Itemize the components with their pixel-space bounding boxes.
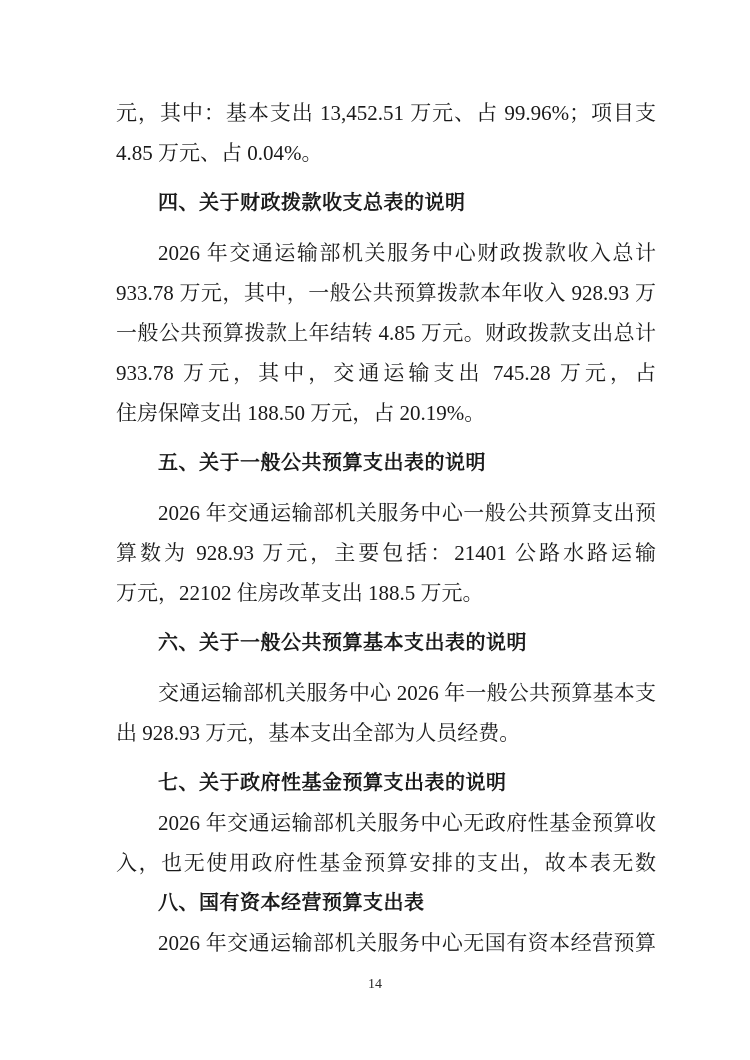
- paragraph-section-5: 2026 年交通运输部机关服务中心一般公共预算支出预 算数为 928.93 万元…: [116, 493, 656, 613]
- body-text-line: 4.85 万元、占 0.04%。: [116, 133, 656, 173]
- body-text-line: 933.78 万元，其中，一般公共预算拨款本年收入 928.93 万元，: [116, 273, 656, 313]
- paragraph-section-6: 交通运输部机关服务中心 2026 年一般公共预算基本支 出 928.93 万元，…: [116, 673, 656, 753]
- body-text-line: 入，也无使用政府性基金预算安排的支出，故本表无数据。: [116, 843, 656, 883]
- page-number: 14: [0, 976, 750, 994]
- paragraph-section-7: 2026 年交通运输部机关服务中心无政府性基金预算收 入，也无使用政府性基金预算…: [116, 803, 656, 883]
- body-text-line: 933.78 万元，其中，交通运输支出 745.28 万元，占 79.81%；: [116, 353, 656, 393]
- section-heading-8: 八、国有资本经营预算支出表: [116, 883, 656, 923]
- body-text-line: 2026 年交通运输部机关服务中心无政府性基金预算收: [116, 803, 656, 843]
- paragraph-section-8: 2026 年交通运输部机关服务中心无国有资本经营预算: [116, 923, 656, 963]
- paragraph-carryover: 元，其中：基本支出 13,452.51 万元、占 99.96%；项目支出 4.8…: [116, 93, 656, 173]
- body-text-line: 2026 年交通运输部机关服务中心无国有资本经营预算: [116, 923, 656, 963]
- body-text-line: 住房保障支出 188.50 万元，占 20.19%。: [116, 393, 656, 433]
- document-page: 元，其中：基本支出 13,452.51 万元、占 99.96%；项目支出 4.8…: [0, 0, 750, 1060]
- body-text-line: 算数为 928.93 万元，主要包括：21401 公路水路运输 740.43: [116, 533, 656, 573]
- section-heading-4: 四、关于财政拨款收支总表的说明: [116, 183, 656, 223]
- body-text-line: 万元，22102 住房改革支出 188.5 万元。: [116, 573, 656, 613]
- body-text-line: 2026 年交通运输部机关服务中心一般公共预算支出预: [116, 493, 656, 533]
- section-heading-6: 六、关于一般公共预算基本支出表的说明: [116, 623, 656, 663]
- page-body-text: 元，其中：基本支出 13,452.51 万元、占 99.96%；项目支出 4.8…: [116, 93, 656, 963]
- body-text-line: 2026 年交通运输部机关服务中心财政拨款收入总计: [116, 233, 656, 273]
- section-heading-7: 七、关于政府性基金预算支出表的说明: [116, 763, 656, 803]
- body-text-line: 一般公共预算拨款上年结转 4.85 万元。财政拨款支出总计: [116, 313, 656, 353]
- section-heading-5: 五、关于一般公共预算支出表的说明: [116, 443, 656, 483]
- body-text-line: 元，其中：基本支出 13,452.51 万元、占 99.96%；项目支出: [116, 93, 656, 133]
- paragraph-section-4: 2026 年交通运输部机关服务中心财政拨款收入总计 933.78 万元，其中，一…: [116, 233, 656, 433]
- body-text-line: 出 928.93 万元，基本支出全部为人员经费。: [116, 713, 656, 753]
- body-text-line: 交通运输部机关服务中心 2026 年一般公共预算基本支: [116, 673, 656, 713]
